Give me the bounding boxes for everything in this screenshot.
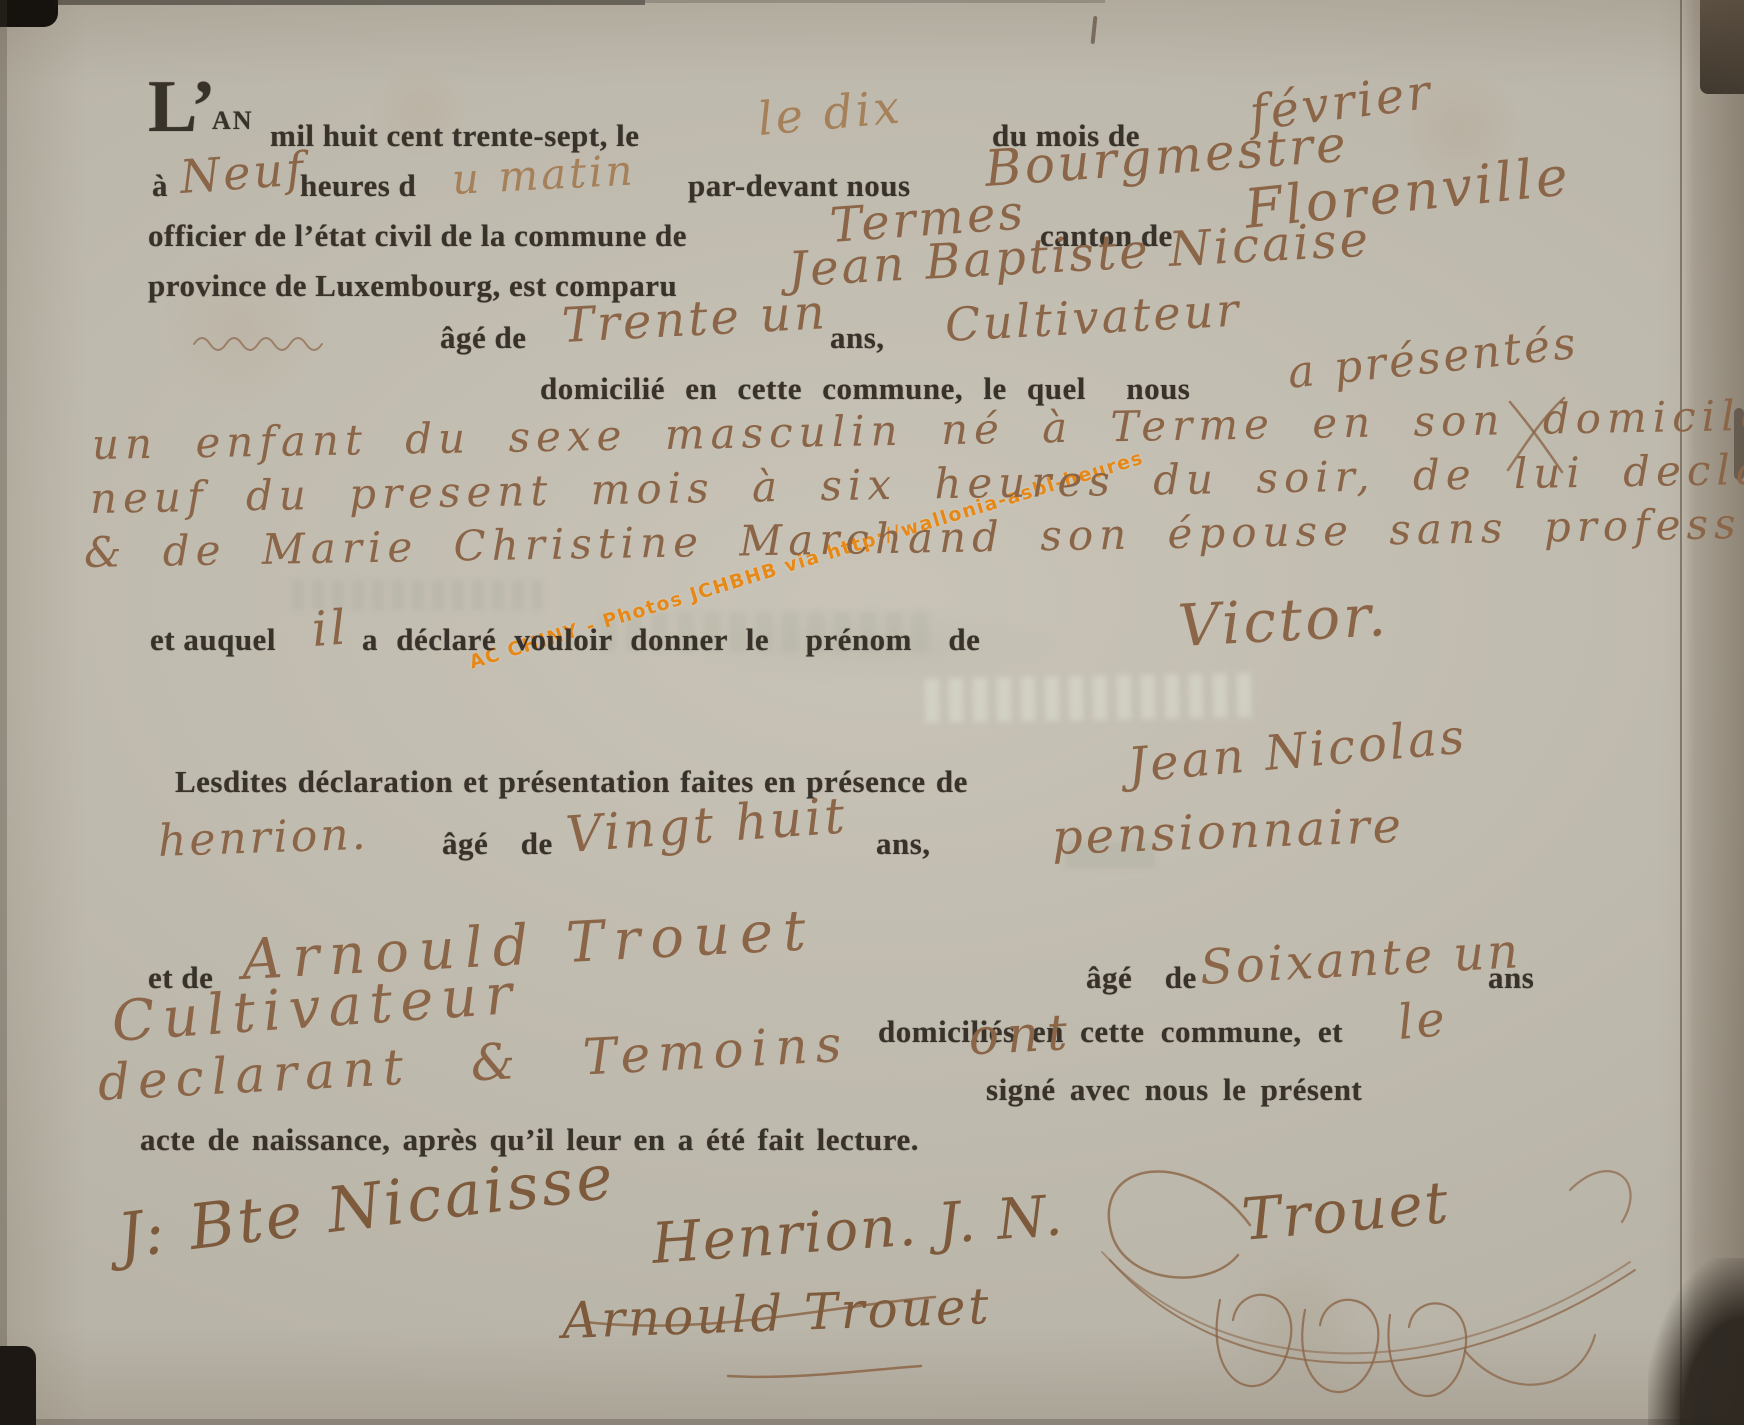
pen-tick-top — [1091, 16, 1098, 44]
entry-witness1-firstname: Jean Nicolas — [1126, 708, 1470, 793]
filler-squiggle — [192, 330, 342, 354]
entry-child-name: Victor. — [1176, 581, 1390, 660]
entry-day: le dix — [756, 79, 905, 145]
entry-witness1-surname: henrion. — [157, 809, 369, 867]
printed-ans-2: ans, — [876, 826, 931, 862]
entry-witness2-age: Soixante un — [1199, 923, 1523, 996]
scan-corner-bottom-right — [1648, 1258, 1744, 1425]
signature-henrion: Henrion. J. N. — [650, 1183, 1067, 1277]
scan-edge-top — [55, 0, 645, 5]
printed-initial-cap: L’ — [148, 74, 216, 141]
signature-nicaise: J: Bte Nicaisse — [114, 1139, 620, 1272]
entry-article: il — [310, 600, 351, 658]
signature-arnould-underline — [725, 1362, 925, 1382]
printed-initial-rest: AN — [212, 106, 254, 136]
signature-arnould-trouet: Arnould Trouet — [561, 1277, 992, 1350]
scan-corner-bottom-left — [0, 1346, 36, 1425]
printed-a: à — [152, 168, 168, 204]
printed-ans: ans, — [830, 320, 885, 356]
entry-le: le — [1396, 991, 1450, 1051]
bleedthrough-smudge — [925, 673, 1256, 723]
scan-edge-right — [1680, 0, 1744, 1425]
printed-lesdites: Lesdites déclaration et présentation fai… — [175, 764, 968, 800]
entry-hour-period: u matin — [451, 145, 637, 204]
printed-heures: heures d — [300, 168, 416, 204]
scan-corner-top-left — [0, 0, 58, 27]
entry-hour: Neuf — [178, 141, 308, 204]
printed-ans-3: ans — [1488, 960, 1534, 996]
printed-et-auquel: et auquel — [150, 622, 276, 658]
scan-corner-top-right — [1700, 0, 1744, 94]
entry-declarant-profession: Cultivateur — [944, 283, 1243, 352]
printed-age-de-2: âgé de — [442, 826, 553, 862]
printed-age-de-3: âgé de — [1086, 960, 1197, 996]
entry-witness1-profession: pensionnaire — [1051, 798, 1405, 866]
printed-officier-commune: officier de l’état civil de la commune d… — [148, 218, 687, 254]
document-scan: AC CHINY - Photos JCHBHB via http://wall… — [0, 0, 1744, 1425]
printed-declare-prenom: a déclaré vouloir donner le prénom de — [362, 622, 980, 658]
printed-signe-avec-nous: signé avec nous le présent — [986, 1072, 1362, 1108]
scan-edge-left — [0, 0, 7, 1425]
signature-trouet-flourish — [1050, 1130, 1650, 1425]
scan-edge-top-2 — [645, 0, 1105, 3]
entry-presented: a présentés — [1285, 318, 1580, 399]
printed-age-de: âgé de — [440, 320, 527, 356]
